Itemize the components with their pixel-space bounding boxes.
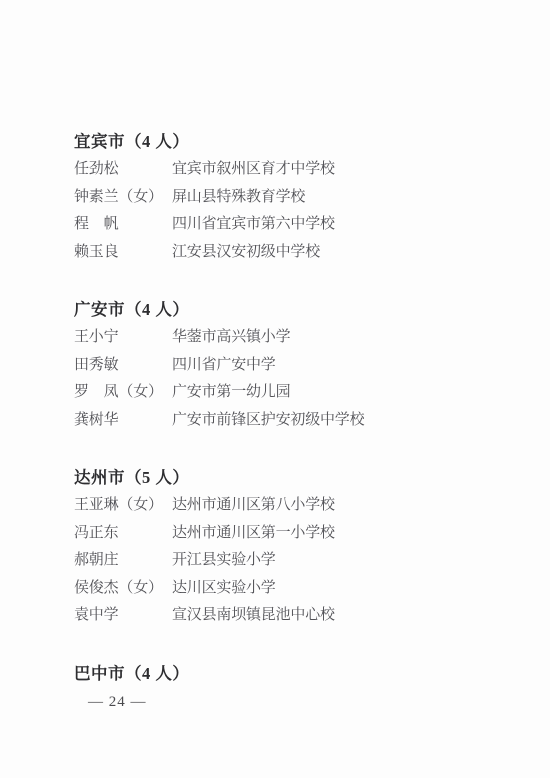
- entry-school: 广安市第一幼儿园: [172, 380, 504, 401]
- entry-school: 屏山县特殊教育学校: [172, 185, 504, 206]
- entry-school: 四川省广安中学: [172, 353, 504, 374]
- roster-content: 宜宾市（4 人） 任劲松 宜宾市叙州区育才中学校 钟素兰（女） 屏山县特殊教育学…: [74, 126, 504, 716]
- entry-school: 开江县实验小学: [172, 548, 504, 569]
- entry-row: 罗 凤（女） 广安市第一幼儿园: [74, 377, 504, 405]
- entry-name: 冯正东: [74, 521, 172, 542]
- entry-name: 王小宁: [74, 325, 172, 346]
- entry-row: 赖玉良 江安县汉安初级中学校: [74, 237, 504, 265]
- entry-row: 王亚琳（女） 达州市通川区第八小学校: [74, 490, 504, 518]
- entry-school: 宣汉县南坝镇昆池中心校: [172, 603, 504, 624]
- city-heading: 巴中市（4 人）: [74, 658, 504, 686]
- entry-school: 宜宾市叙州区育才中学校: [172, 157, 504, 178]
- entry-school: 达川区实验小学: [172, 576, 504, 597]
- entry-row: 侯俊杰（女） 达川区实验小学: [74, 573, 504, 601]
- entry-row: 程 帆 四川省宜宾市第六中学校: [74, 209, 504, 237]
- entry-name: 郝朝庄: [74, 548, 172, 569]
- entry-row: 龚树华 广安市前锋区护安初级中学校: [74, 405, 504, 433]
- page-number: — 24 —: [88, 689, 147, 715]
- entry-school: 江安县汉安初级中学校: [172, 240, 504, 261]
- entry-row: 王小宁 华蓥市高兴镇小学: [74, 322, 504, 350]
- entry-row: 冯正东 达州市通川区第一小学校: [74, 518, 504, 546]
- city-heading: 达州市（5 人）: [74, 462, 504, 490]
- entry-name: 赖玉良: [74, 240, 172, 261]
- entry-school: 华蓥市高兴镇小学: [172, 325, 504, 346]
- section-yibin: 宜宾市（4 人） 任劲松 宜宾市叙州区育才中学校 钟素兰（女） 屏山县特殊教育学…: [74, 126, 504, 264]
- entry-row: 郝朝庄 开江县实验小学: [74, 545, 504, 573]
- section-bazhong: 巴中市（4 人）: [74, 658, 504, 686]
- entry-row: 田秀敏 四川省广安中学: [74, 350, 504, 378]
- city-heading: 广安市（4 人）: [74, 294, 504, 322]
- entry-name: 钟素兰（女）: [74, 185, 172, 206]
- entry-name: 程 帆: [74, 212, 172, 233]
- section-guangan: 广安市（4 人） 王小宁 华蓥市高兴镇小学 田秀敏 四川省广安中学 罗 凤（女）…: [74, 294, 504, 432]
- section-dazhou: 达州市（5 人） 王亚琳（女） 达州市通川区第八小学校 冯正东 达州市通川区第一…: [74, 462, 504, 628]
- city-heading: 宜宾市（4 人）: [74, 126, 504, 154]
- entry-school: 广安市前锋区护安初级中学校: [172, 408, 504, 429]
- entry-name: 罗 凤（女）: [74, 380, 172, 401]
- entry-row: 任劲松 宜宾市叙州区育才中学校: [74, 154, 504, 182]
- entry-row: 袁中学 宣汉县南坝镇昆池中心校: [74, 600, 504, 628]
- entry-name: 龚树华: [74, 408, 172, 429]
- entry-name: 侯俊杰（女）: [74, 576, 172, 597]
- entry-name: 田秀敏: [74, 353, 172, 374]
- entry-name: 王亚琳（女）: [74, 493, 172, 514]
- entry-name: 任劲松: [74, 157, 172, 178]
- entry-school: 达州市通川区第一小学校: [172, 521, 504, 542]
- entry-school: 达州市通川区第八小学校: [172, 493, 504, 514]
- entry-row: 钟素兰（女） 屏山县特殊教育学校: [74, 182, 504, 210]
- document-page: 宜宾市（4 人） 任劲松 宜宾市叙州区育才中学校 钟素兰（女） 屏山县特殊教育学…: [0, 0, 550, 778]
- entry-school: 四川省宜宾市第六中学校: [172, 212, 504, 233]
- entry-name: 袁中学: [74, 603, 172, 624]
